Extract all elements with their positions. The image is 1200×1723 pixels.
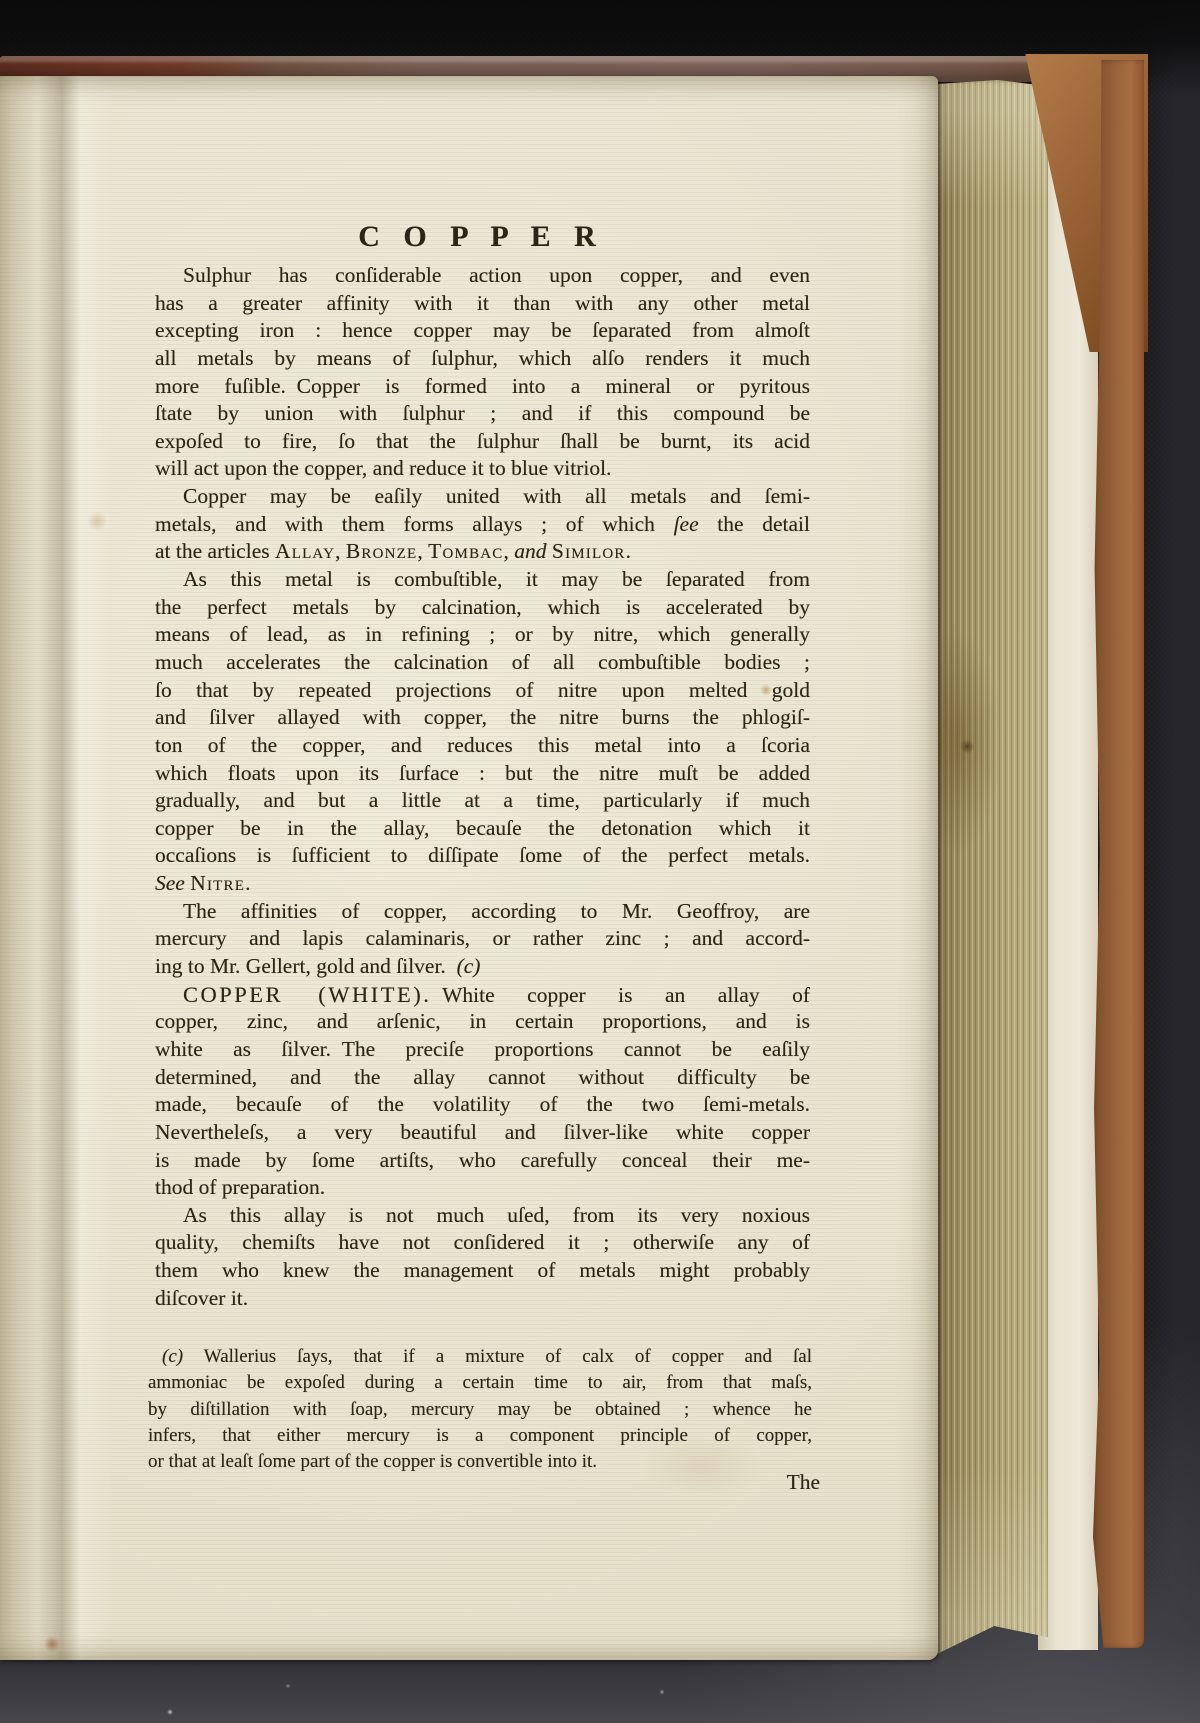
- text-line: ton of the copper, and reduces this meta…: [155, 732, 810, 760]
- text-segment: Wallerius ſays, that if a mixture of cal…: [183, 1346, 812, 1367]
- text-segment: has a greater affinity with it than with…: [155, 291, 810, 315]
- text-line: much accelerates the calcination of all …: [155, 649, 810, 677]
- text-line: gradually, and but a little at a time, p…: [155, 787, 810, 815]
- text-segment: ammoniac be expoſed during a certain tim…: [148, 1372, 812, 1393]
- photograph-of-book: { "colors": { "background": "#161617", "…: [0, 0, 1200, 1723]
- text-line: Nevertheleſs, a very beautiful and ſilve…: [155, 1119, 810, 1147]
- text-segment: the detail: [699, 512, 810, 536]
- text-line: excepting iron : hence copper may be ſep…: [155, 317, 810, 345]
- text-segment: diſcover it.: [155, 1286, 248, 1310]
- text-segment: gradually, and but a little at a time, p…: [155, 788, 810, 812]
- text-line: mercury and lapis calaminaris, or rather…: [155, 925, 810, 953]
- text-segment: White copper is an allay of: [431, 983, 810, 1007]
- text-line: ing to Mr. Gellert, gold and ſilver. (c): [155, 953, 810, 981]
- text-line: will act upon the copper, and reduce it …: [155, 455, 810, 483]
- text-line: expoſed to fire, ſo that the ſulphur ſha…: [155, 428, 810, 456]
- text-line: Copper may be eaſily united with all met…: [155, 483, 810, 511]
- italic-text: and: [514, 539, 546, 563]
- text-segment: Sulphur has conſiderable action upon cop…: [183, 263, 810, 287]
- text-segment: will act upon the copper, and reduce it …: [155, 456, 611, 480]
- text-line: has a greater affinity with it than with…: [155, 290, 810, 318]
- text-segment: thod of preparation.: [155, 1175, 325, 1199]
- text-line: by diſtillation with ſoap, mercury may b…: [148, 1397, 812, 1423]
- text-line: ammoniac be expoſed during a certain tim…: [148, 1370, 812, 1396]
- text-line: COPPER (WHITE). White copper is an allay…: [155, 981, 810, 1009]
- text-segment: more fuſible. Copper is formed into a mi…: [155, 374, 810, 398]
- text-segment: determined, and the allay cannot without…: [155, 1065, 810, 1089]
- text-segment: .: [245, 871, 250, 895]
- text-line: white as ſilver. The preciſe proportions…: [155, 1036, 810, 1064]
- text-segment: ,: [417, 539, 428, 563]
- italic-text: ſee: [674, 512, 699, 536]
- text-segment: made, becauſe of the volatility of the t…: [155, 1092, 810, 1116]
- text-segment: Copper may be eaſily united with all met…: [183, 484, 810, 508]
- book-page: C O P P E R Sulphur has conſiderable act…: [0, 76, 938, 1660]
- text-line: them who knew the management of metals m…: [155, 1257, 810, 1285]
- text-segment: the perfect metals by calcination, which…: [155, 595, 810, 619]
- text-line: The affinities of copper, according to M…: [155, 898, 810, 926]
- text-segment: Nevertheleſs, a very beautiful and ſilve…: [155, 1120, 810, 1144]
- page-block-fore-edge: [936, 80, 1048, 1656]
- text-line: As this allay is not much uſed, from its…: [155, 1202, 810, 1230]
- text-segment: As this allay is not much uſed, from its…: [183, 1203, 810, 1227]
- text-segment: and ſilver allayed with copper, the nitr…: [155, 705, 810, 729]
- text-line: copper be in the allay, becauſe the deto…: [155, 815, 810, 843]
- text-segment: ton of the copper, and reduces this meta…: [155, 733, 810, 757]
- text-line: means of lead, as in refining ; or by ni…: [155, 621, 810, 649]
- italic-text: (c): [162, 1346, 183, 1367]
- text-line: which floats upon its ſurface : but the …: [155, 760, 810, 788]
- text-line: (c) Wallerius ſays, that if a mixture of…: [148, 1344, 812, 1370]
- text-segment: ing to Mr. Gellert, gold and ſilver.: [155, 954, 457, 978]
- text-line: See Nitre.: [155, 870, 810, 898]
- entry-title: C O P P E R: [150, 220, 812, 254]
- text-line: ſo that by repeated projections of nitre…: [155, 677, 810, 705]
- text-line: the perfect metals by calcination, which…: [155, 594, 810, 622]
- text-segment: ſo that by repeated projections of nitre…: [155, 678, 810, 702]
- text-segment: by diſtillation with ſoap, mercury may b…: [148, 1399, 812, 1420]
- text-segment: infers, that either mercury is a compone…: [148, 1425, 812, 1446]
- text-segment: white as ſilver. The preciſe proportions…: [155, 1037, 810, 1061]
- small-caps-text: Bronze: [346, 539, 418, 563]
- text-line: quality, chemiſts have not conſidered it…: [155, 1229, 810, 1257]
- text-line: infers, that either mercury is a compone…: [148, 1423, 812, 1449]
- text-line: diſcover it.: [155, 1285, 810, 1313]
- text-line: determined, and the allay cannot without…: [155, 1064, 810, 1092]
- text-line: thod of preparation.: [155, 1174, 810, 1202]
- text-line: at the articles Allay, Bronze, Tombac, a…: [155, 538, 810, 566]
- text-segment: at the articles: [155, 539, 275, 563]
- text-line: all metals by means of ſulphur, which al…: [155, 345, 810, 373]
- text-segment: occaſions is ſufficient to diſſipate ſom…: [155, 843, 810, 867]
- text-segment: copper be in the allay, becauſe the deto…: [155, 816, 810, 840]
- text-line: and ſilver allayed with copper, the nitr…: [155, 704, 810, 732]
- text-segment: ,: [504, 539, 515, 563]
- text-line: copper, zinc, and arſenic, in certain pr…: [155, 1008, 810, 1036]
- text-line: made, becauſe of the volatility of the t…: [155, 1091, 810, 1119]
- heading-caps-text: COPPER (WHITE).: [183, 982, 431, 1007]
- text-line: more fuſible. Copper is formed into a mi…: [155, 373, 810, 401]
- text-segment: metals, and with them forms allays ; of …: [155, 512, 674, 536]
- text-segment: expoſed to fire, ſo that the ſulphur ſha…: [155, 429, 810, 453]
- text-line: Sulphur has conſiderable action upon cop…: [155, 262, 810, 290]
- text-segment: all metals by means of ſulphur, which al…: [155, 346, 810, 370]
- italic-text: See: [155, 871, 185, 895]
- catchword: The: [155, 1469, 820, 1496]
- footnote: (c) Wallerius ſays, that if a mixture of…: [148, 1344, 812, 1475]
- text-line: is made by ſome artiſts, who carefully c…: [155, 1147, 810, 1175]
- text-line: ſtate by union with ſulphur ; and if thi…: [155, 400, 810, 428]
- small-caps-text: Similor: [552, 539, 626, 563]
- text-segment: ſtate by union with ſulphur ; and if thi…: [155, 401, 810, 425]
- text-segment: ,: [335, 539, 346, 563]
- text-segment: means of lead, as in refining ; or by ni…: [155, 622, 810, 646]
- entry-body: Sulphur has conſiderable action upon cop…: [155, 262, 810, 1312]
- small-caps-text: Nitre: [190, 871, 245, 895]
- text-segment: The affinities of copper, according to M…: [183, 899, 810, 923]
- text-segment: mercury and lapis calaminaris, or rather…: [155, 926, 810, 950]
- text-segment: which floats upon its ſurface : but the …: [155, 761, 810, 785]
- text-segment: .: [626, 539, 631, 563]
- text-segment: them who knew the management of metals m…: [155, 1258, 810, 1282]
- text-segment: is made by ſome artiſts, who carefully c…: [155, 1148, 810, 1172]
- text-segment: copper, zinc, and arſenic, in certain pr…: [155, 1009, 810, 1033]
- text-line: As this metal is combuſtible, it may be …: [155, 566, 810, 594]
- small-caps-text: Tombac: [428, 539, 503, 563]
- text-segment: much accelerates the calcination of all …: [155, 650, 810, 674]
- text-segment: excepting iron : hence copper may be ſep…: [155, 318, 810, 342]
- text-line: occaſions is ſufficient to diſſipate ſom…: [155, 842, 810, 870]
- text-segment: quality, chemiſts have not conſidered it…: [155, 1230, 810, 1254]
- italic-text: (c): [457, 954, 481, 978]
- text-segment: As this metal is combuſtible, it may be …: [183, 567, 810, 591]
- text-line: metals, and with them forms allays ; of …: [155, 511, 810, 539]
- small-caps-text: Allay: [275, 539, 335, 563]
